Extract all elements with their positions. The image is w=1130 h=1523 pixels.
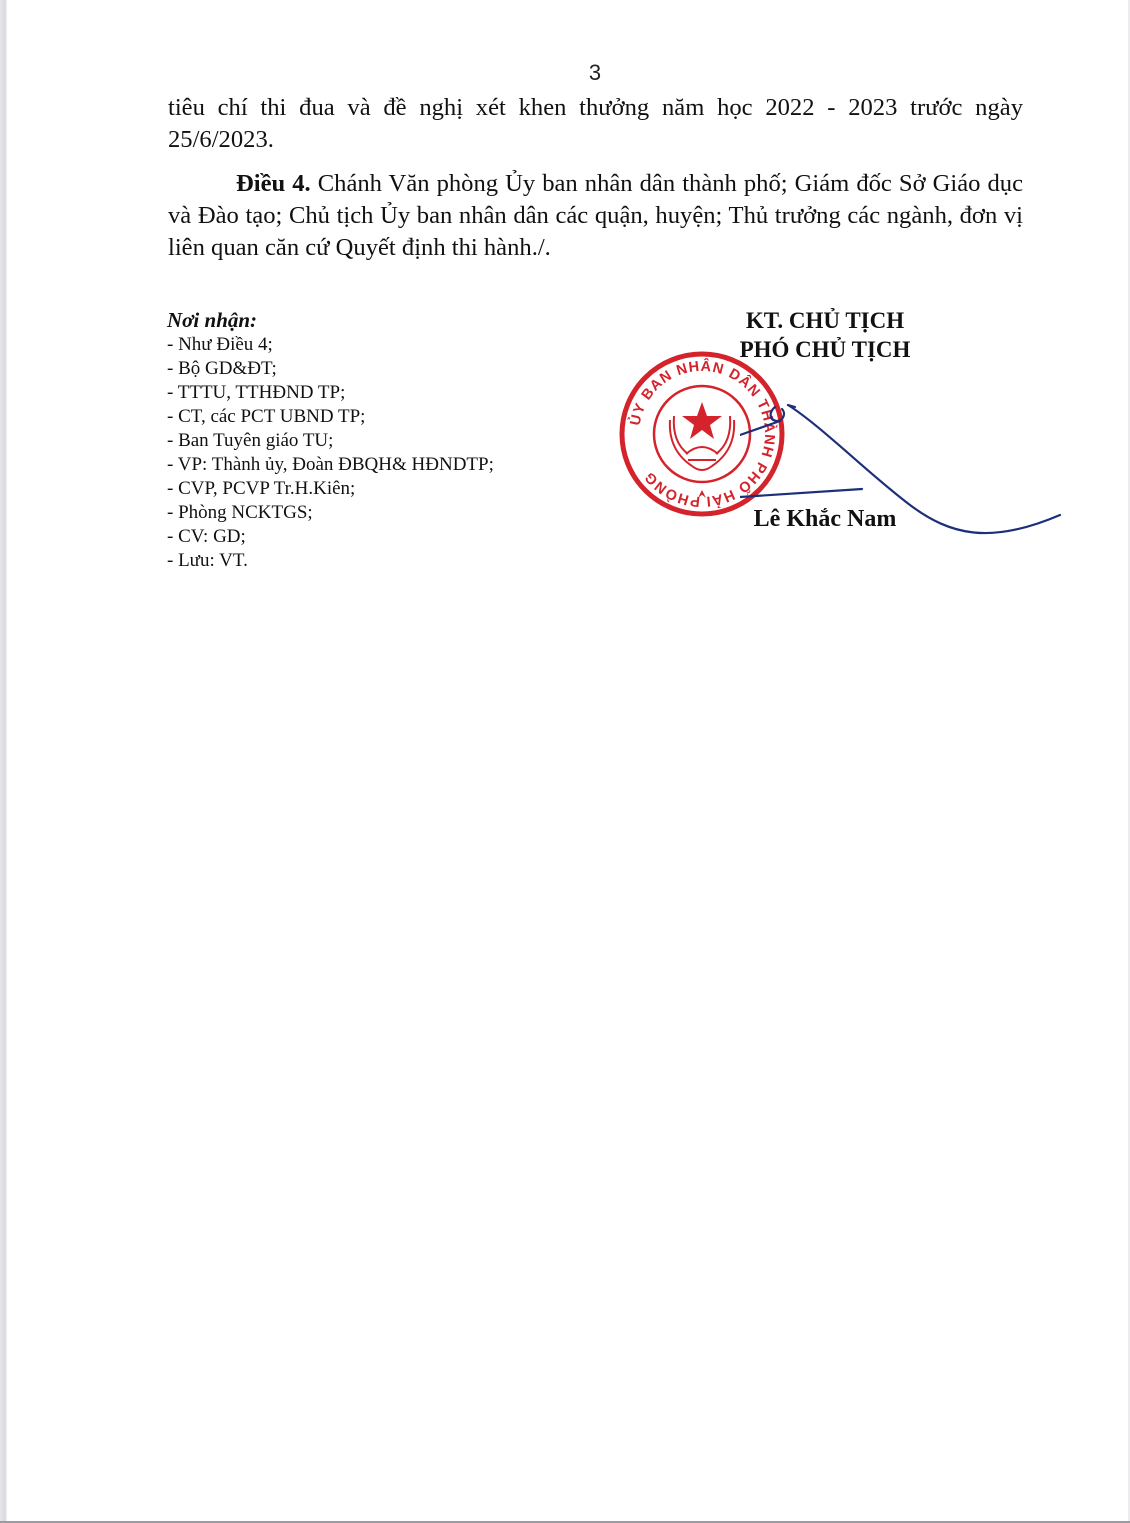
recipients-list: - Như Điều 4; - Bộ GD&ĐT; - TTTU, TTHĐND… <box>167 333 494 573</box>
viewer-left-edge <box>0 0 7 1523</box>
article-label: Điều 4. <box>236 170 311 197</box>
recipients-title: Nơi nhận: <box>167 308 494 333</box>
recipient-item: - Bộ GD&ĐT; <box>167 357 494 381</box>
recipient-item: - Phòng NCKTGS; <box>167 501 494 525</box>
recipient-item: - TTTU, TTHĐND TP; <box>167 381 494 405</box>
document-page: 3 tiêu chí thi đua và đề nghị xét khen t… <box>0 0 1130 1521</box>
recipient-item: - VP: Thành ủy, Đoàn ĐBQH& HĐNDTP; <box>167 453 494 477</box>
recipient-item: - CV: GD; <box>167 525 494 549</box>
recipient-item: - Lưu: VT. <box>167 549 494 573</box>
recipient-item: - Như Điều 4; <box>167 333 494 357</box>
paragraph-article-4: Điều 4. Chánh Văn phòng Ủy ban nhân dân … <box>168 168 1023 264</box>
document-viewer: 3 tiêu chí thi đua và đề nghị xét khen t… <box>0 0 1130 1523</box>
signer-name: Lê Khắc Nam <box>700 506 950 533</box>
recipient-item: - Ban Tuyên giáo TU; <box>167 429 494 453</box>
recipient-item: - CVP, PCVP Tr.H.Kiên; <box>167 477 494 501</box>
paragraph-continuation: tiêu chí thi đua và đề nghị xét khen thư… <box>168 92 1023 156</box>
page-number: 3 <box>0 60 1130 86</box>
recipients-block: Nơi nhận: - Như Điều 4; - Bộ GD&ĐT; - TT… <box>167 308 494 573</box>
recipient-item: - CT, các PCT UBND TP; <box>167 405 494 429</box>
signature-title-line-1: KT. CHỦ TỊCH <box>680 306 970 335</box>
